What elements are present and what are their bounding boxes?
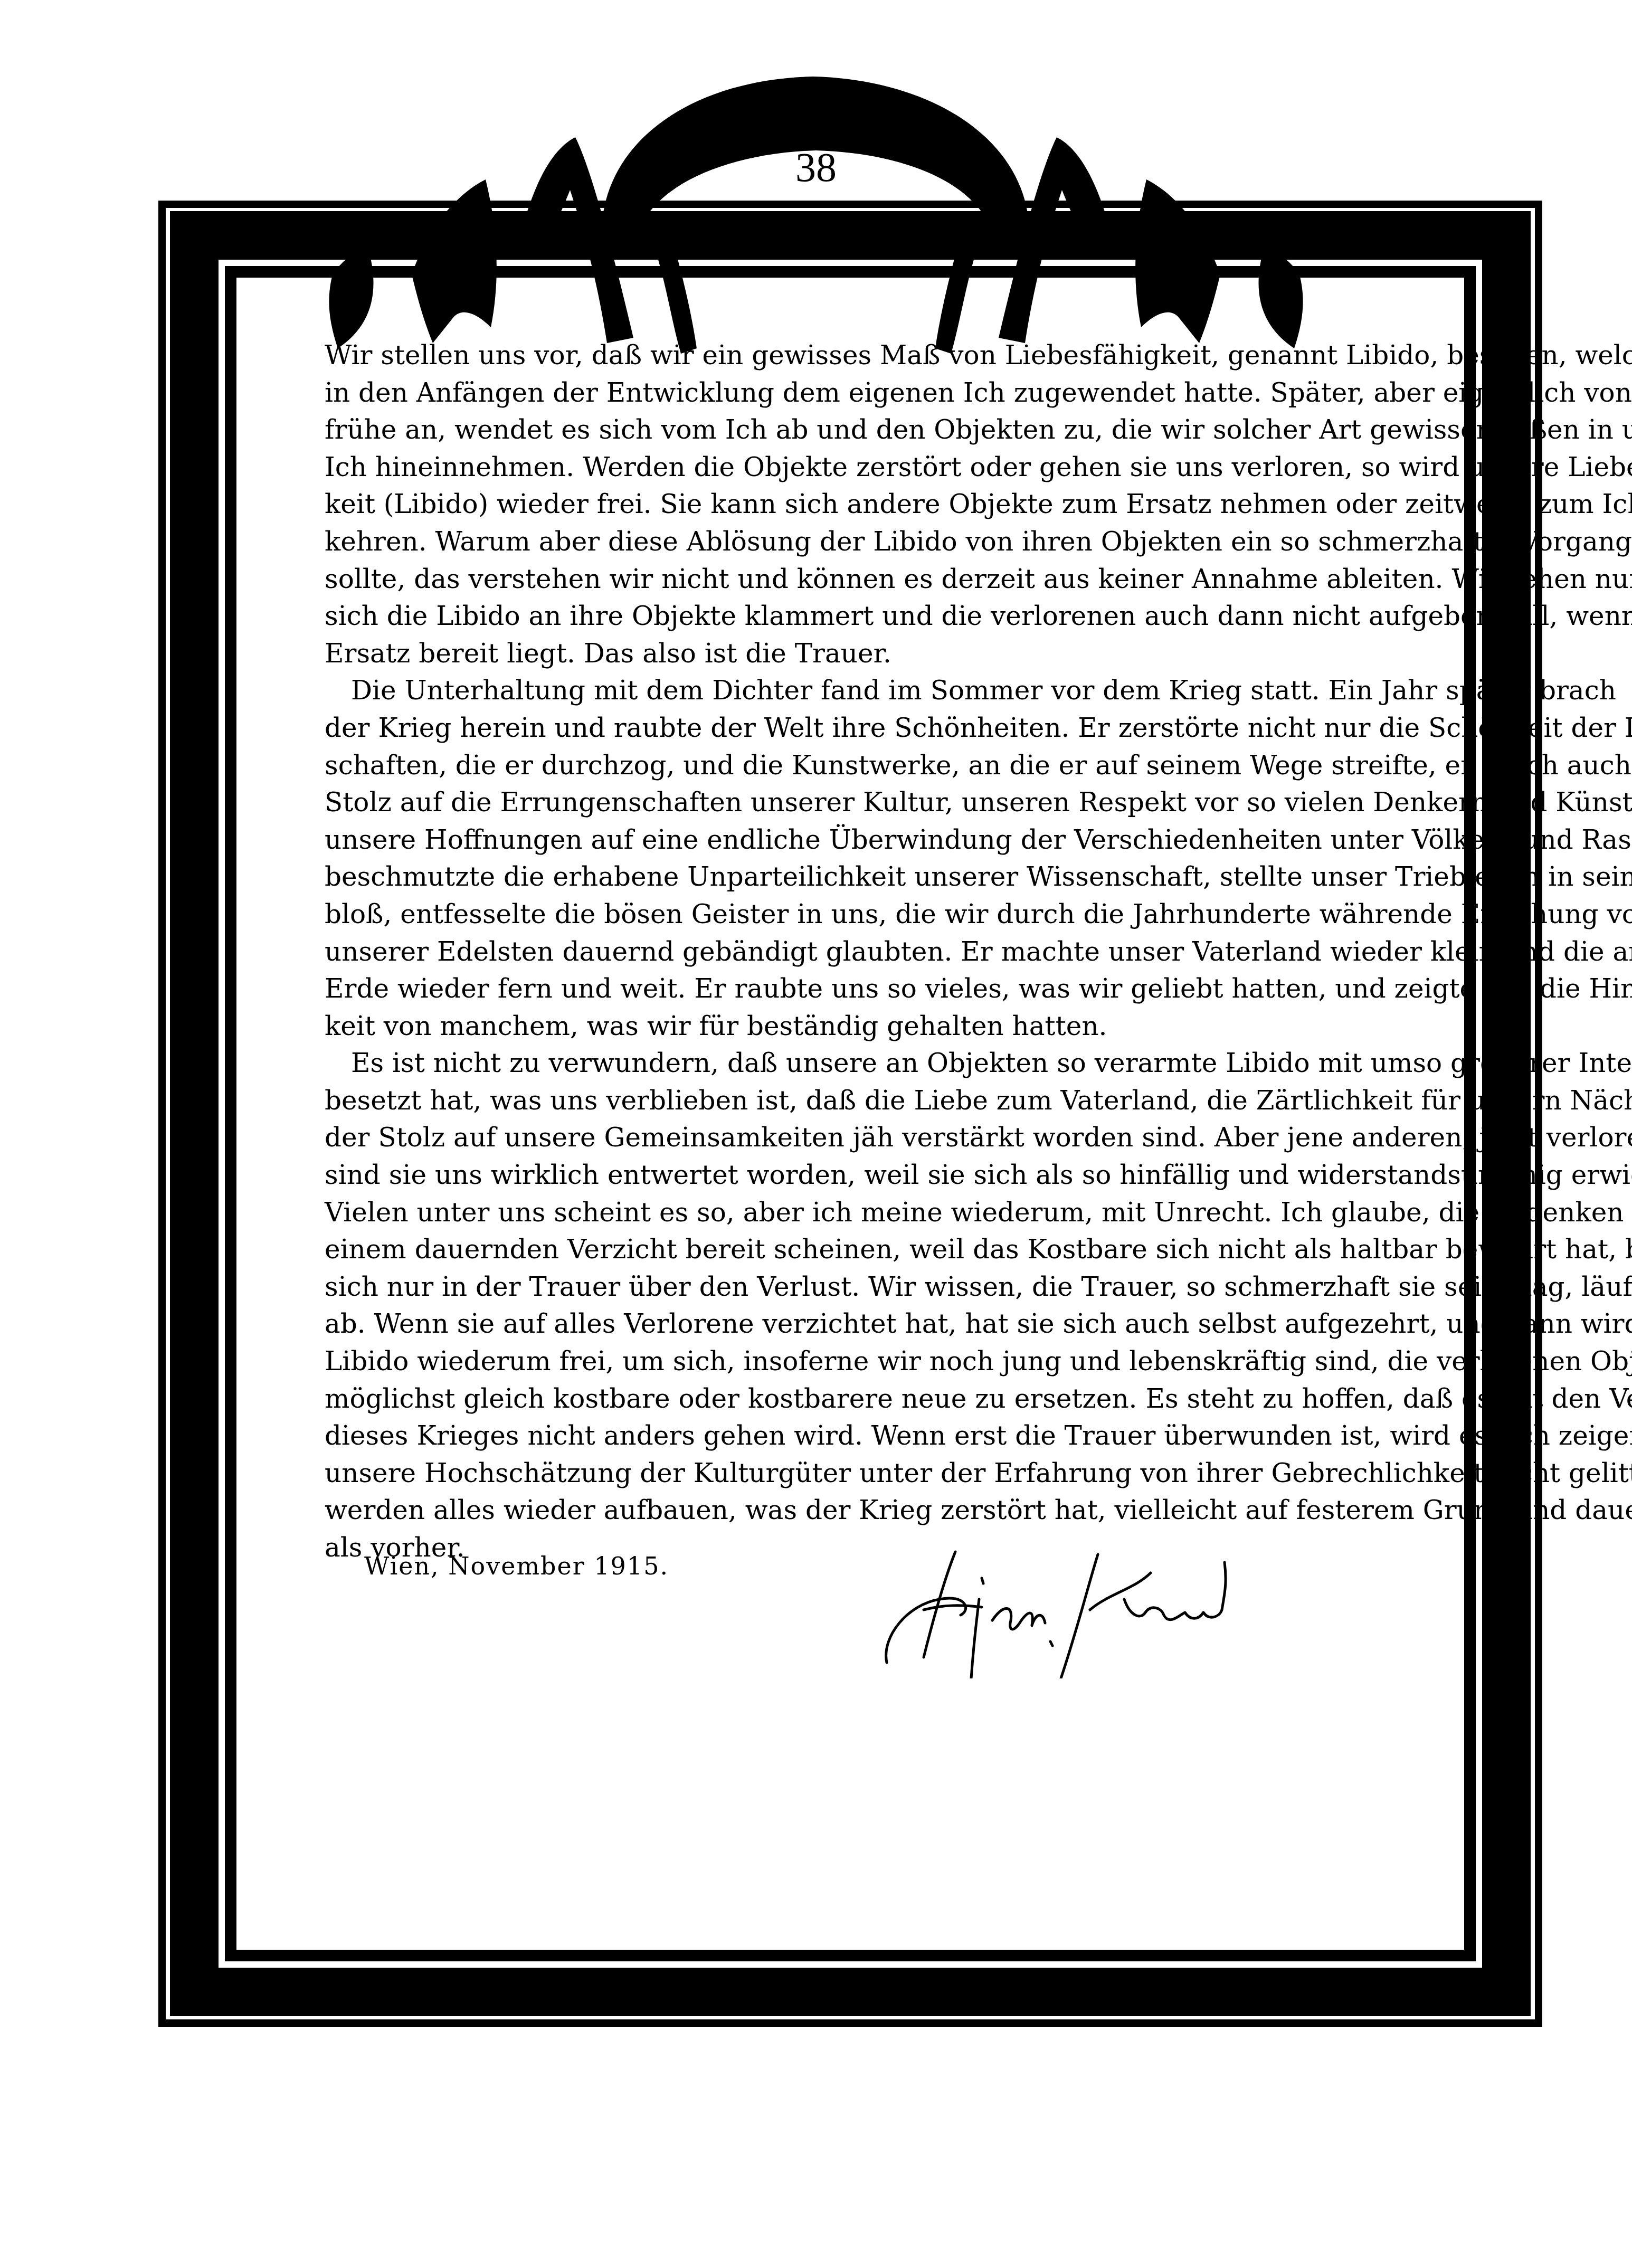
text-line: Es ist nicht zu verwundern, daß unsere a… bbox=[325, 1045, 1473, 1082]
text-line: ab. Wenn sie auf alles Verlorene verzich… bbox=[325, 1305, 1473, 1343]
text-line: sich die Libido an ihre Objekte klammert… bbox=[325, 597, 1473, 635]
text-line: Ersatz bereit liegt. Das also ist die Tr… bbox=[325, 635, 1473, 672]
text-line: einem dauernden Verzicht bereit scheinen… bbox=[325, 1231, 1473, 1268]
text-line: in den Anfängen der Entwicklung dem eige… bbox=[325, 374, 1473, 412]
body-text: Wir stellen uns vor, daß wir ein gewisse… bbox=[325, 337, 1473, 1567]
text-line: sollte, das verstehen wir nicht und könn… bbox=[325, 561, 1473, 598]
signature-icon: Sigm. Freud bbox=[876, 1541, 1436, 1678]
text-line: Die Unterhaltung mit dem Dichter fand im… bbox=[325, 672, 1473, 709]
text-line: unsere Hoffnungen auf eine endliche Über… bbox=[325, 821, 1473, 859]
text-line: werden alles wieder aufbauen, was der Kr… bbox=[325, 1492, 1473, 1529]
text-line: Wir stellen uns vor, daß wir ein gewisse… bbox=[325, 337, 1473, 374]
text-line: schaften, die er durchzog, und die Kunst… bbox=[325, 747, 1473, 784]
text-line: dieses Krieges nicht anders gehen wird. … bbox=[325, 1417, 1473, 1455]
text-line: unserer Edelsten dauernd gebändigt glaub… bbox=[325, 933, 1473, 971]
text-line: Erde wieder fern und weit. Er raubte uns… bbox=[325, 970, 1473, 1008]
text-line: frühe an, wendet es sich vom Ich ab und … bbox=[325, 411, 1473, 449]
text-line: kehren. Warum aber diese Ablösung der Li… bbox=[325, 523, 1473, 561]
text-line: Libido wiederum frei, um sich, insoferne… bbox=[325, 1343, 1473, 1380]
text-line: bloß, entfesselte die bösen Geister in u… bbox=[325, 896, 1473, 933]
text-line: unsere Hochschätzung der Kulturgüter unt… bbox=[325, 1455, 1473, 1492]
text-line: besetzt hat, was uns verblieben ist, daß… bbox=[325, 1082, 1473, 1119]
dateline: Wien, November 1915. bbox=[364, 1552, 669, 1580]
text-line: keit von manchem, was wir für beständig … bbox=[325, 1008, 1473, 1045]
text-line: der Krieg herein und raubte der Welt ihr… bbox=[325, 709, 1473, 747]
text-line: Vielen unter uns scheint es so, aber ich… bbox=[325, 1194, 1473, 1231]
page-number: 38 bbox=[795, 144, 837, 191]
text-line: keit (Libido) wieder frei. Sie kann sich… bbox=[325, 486, 1473, 523]
text-line: Ich hineinnehmen. Werden die Objekte zer… bbox=[325, 449, 1473, 486]
text-line: sich nur in der Trauer über den Verlust.… bbox=[325, 1268, 1473, 1306]
text-line: möglichst gleich kostbare oder kostbarer… bbox=[325, 1380, 1473, 1418]
text-line: beschmutzte die erhabene Unparteilichkei… bbox=[325, 858, 1473, 896]
text-line: der Stolz auf unsere Gemeinsamkeiten jäh… bbox=[325, 1119, 1473, 1156]
text-line: sind sie uns wirklich entwertet worden, … bbox=[325, 1156, 1473, 1194]
text-line: Stolz auf die Errungenschaften unserer K… bbox=[325, 784, 1473, 821]
